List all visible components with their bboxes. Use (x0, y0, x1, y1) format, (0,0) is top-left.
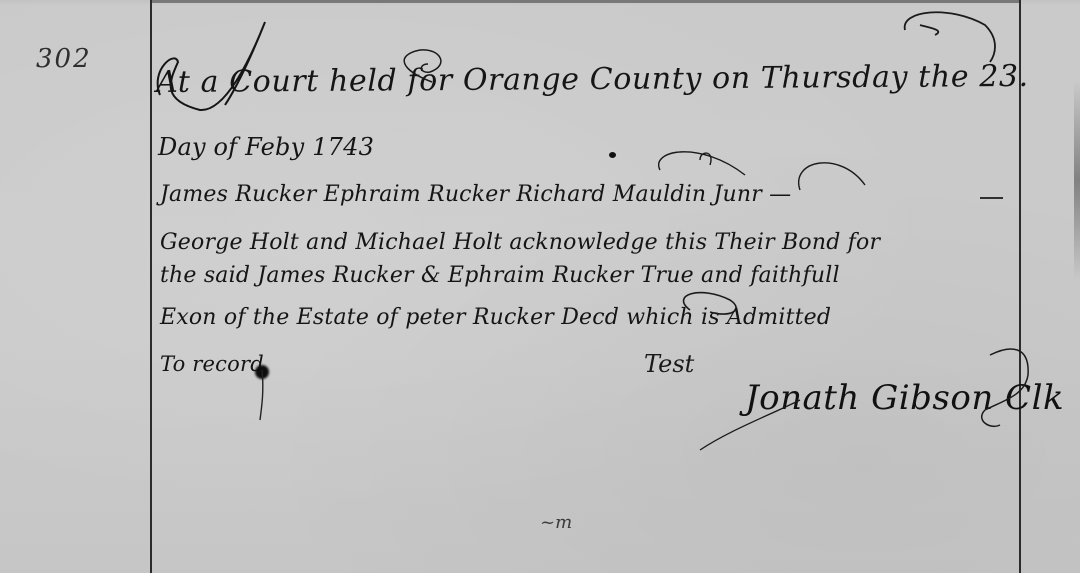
ink-blot (255, 365, 269, 379)
record-line-1: At a Court held for Orange County on Thu… (156, 59, 1029, 100)
folio-number: 302 (36, 44, 92, 74)
margin-mark: ~m (540, 512, 572, 533)
left-margin-rule (150, 0, 152, 573)
record-line-5: the said James Rucker & Ephraim Rucker T… (160, 263, 840, 288)
record-line-3: James Rucker Ephraim Rucker Richard Maul… (160, 182, 791, 207)
record-line-7: To record (160, 352, 264, 376)
record-line-2: Day of Feby 1743 (158, 133, 374, 161)
ink-dot (609, 152, 616, 158)
clerk-signature: Jonath Gibson Clk (745, 378, 1064, 418)
facing-page-edge (1074, 80, 1080, 280)
record-line-4: George Holt and Michael Holt acknowledge… (160, 230, 880, 255)
attestation-label: Test (644, 350, 694, 378)
page-top-edge (150, 0, 1020, 3)
record-line-6: Exon of the Estate of peter Rucker Decd … (160, 305, 831, 330)
ledger-page: 302 At a Court held for Orange County on… (0, 0, 1080, 573)
